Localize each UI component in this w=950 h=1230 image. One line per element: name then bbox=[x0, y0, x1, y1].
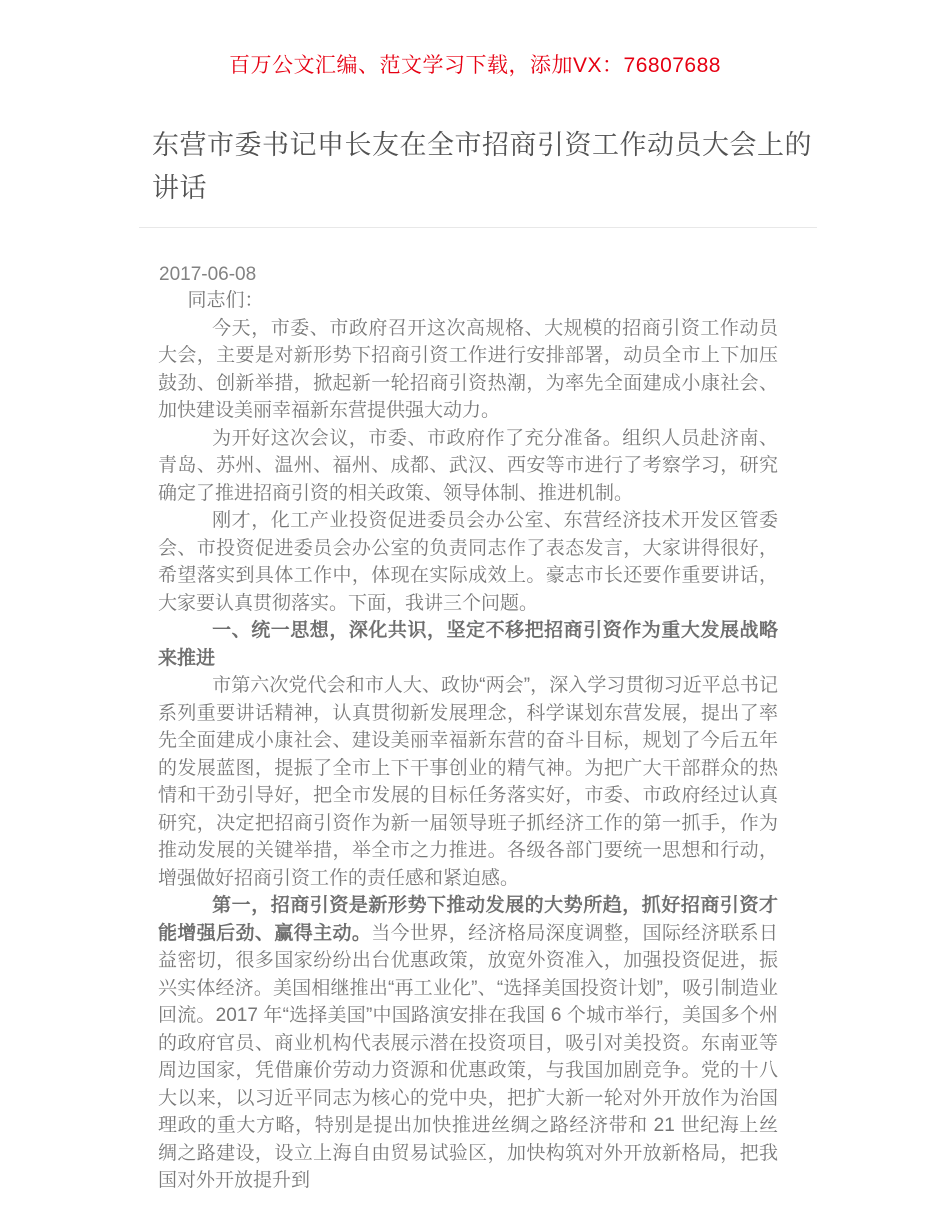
salutation: 同志们： bbox=[158, 287, 778, 315]
paragraph: 市第六次党代会和市人大、政协“两会”，深入学习贯彻习近平总书记系列重要讲话精神，… bbox=[158, 672, 778, 892]
section-heading: 一、统一思想，深化共识，坚定不移把招商引资作为重大发展战略来推进 bbox=[158, 617, 778, 672]
paragraph-lead-bold: 第一，招商引资是新形势下推动发展的大势所趋，抓好招商引资才能增强后劲、赢得主动。 bbox=[158, 895, 778, 944]
title-divider bbox=[139, 227, 817, 228]
paragraph: 第一，招商引资是新形势下推动发展的大势所趋，抓好招商引资才能增强后劲、赢得主动。… bbox=[158, 892, 778, 1195]
article-date: 2017-06-08 bbox=[159, 261, 256, 288]
document-page: 百万公文汇编、范文学习下载，添加VX：76807688 东营市委书记申长友在全市… bbox=[0, 0, 950, 1230]
paragraph: 为开好这次会议，市委、市政府作了充分准备。组织人员赴济南、青岛、苏州、温州、福州… bbox=[158, 425, 778, 508]
paragraph: 刚才，化工产业投资促进委员会办公室、东营经济技术开发区管委会、市投资促进委员会办… bbox=[158, 507, 778, 617]
paragraph: 今天，市委、市政府召开这次高规格、大规模的招商引资工作动员大会，主要是对新形势下… bbox=[158, 315, 778, 425]
paragraph-list: 今天，市委、市政府召开这次高规格、大规模的招商引资工作动员大会，主要是对新形势下… bbox=[158, 315, 778, 1195]
promo-banner-text: 百万公文汇编、范文学习下载，添加VX：76807688 bbox=[0, 53, 950, 79]
article-title: 东营市委书记申长友在全市招商引资工作动员大会上的讲话 bbox=[152, 124, 814, 210]
article-body: 同志们： 今天，市委、市政府召开这次高规格、大规模的招商引资工作动员大会，主要是… bbox=[158, 287, 778, 1195]
